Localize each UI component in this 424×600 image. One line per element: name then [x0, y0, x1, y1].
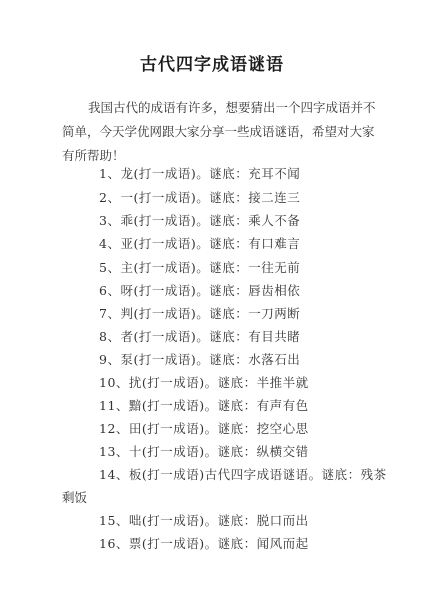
riddle-item: 3、乖(打一成语)。谜底：乘人不备: [99, 211, 300, 229]
intro-line: 我国古代的成语有许多，想要猜出一个四字成语并不: [62, 96, 362, 120]
riddle-item: 11、黯(打一成语)。谜底：有声有色: [99, 396, 309, 414]
riddle-item: 6、呀(打一成语)。谜底：唇齿相依: [99, 281, 300, 299]
riddle-item: 5、主(打一成语)。谜底：一往无前: [99, 258, 300, 276]
intro-line: 简单，今天学优网跟大家分享一些成语谜语，希望对大家: [62, 120, 362, 144]
riddle-item: 12、田(打一成语)。谜底：挖空心思: [99, 419, 309, 437]
riddle-item: 8、者(打一成语)。谜底：有目共睹: [99, 327, 300, 345]
riddle-item: 4、亚(打一成语)。谜底：有口难言: [99, 234, 300, 252]
riddle-item: 7、判(打一成语)。谜底：一刀两断: [99, 304, 300, 322]
riddle-item-continuation: 剩饭: [62, 488, 87, 506]
riddle-item: 2、一(打一成语)。谜底：接二连三: [99, 188, 300, 206]
riddle-item: 14、板(打一成语)古代四字成语谜语。谜底：残茶: [99, 465, 387, 483]
riddle-item: 10、扰(打一成语)。谜底：半推半就: [99, 373, 309, 391]
document-page: 古代四字成语谜语 我国古代的成语有许多，想要猜出一个四字成语并不 简单，今天学优…: [0, 0, 424, 600]
riddle-item: 15、咄(打一成语)。谜底：脱口而出: [99, 511, 309, 529]
riddle-item: 9、泵(打一成语)。谜底：水落石出: [99, 350, 300, 368]
document-title: 古代四字成语谜语: [0, 50, 424, 75]
intro-paragraph: 我国古代的成语有许多，想要猜出一个四字成语并不 简单，今天学优网跟大家分享一些成…: [62, 96, 362, 168]
riddle-item: 1、龙(打一成语)。谜底：充耳不闻: [99, 164, 300, 182]
riddle-item: 16、票(打一成语)。谜底：闻风而起: [99, 534, 309, 552]
riddle-item: 13、十(打一成语)。谜底：纵横交错: [99, 442, 309, 460]
